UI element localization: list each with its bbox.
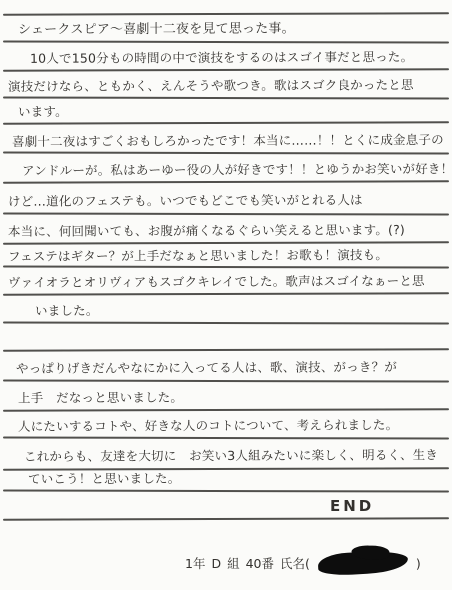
note-title: シェークスピア～喜劇十二夜を見て思った事。 [18,21,295,38]
ruled-line [3,436,449,439]
ruled-line [3,12,449,15]
note-line: ヴァイオラとオリヴィアもスゴクキレイでした。歌声はスゴイなぁーと思 [8,273,425,291]
ruled-line [3,121,449,124]
note-line: やっぱりげきだんやなにかに入ってる人は、歌、演技、がっき？が [16,359,397,377]
note-line: 10人で150分もの時間の中で演技をするのはスゴイ事だと思った。 [30,49,413,67]
ruled-line [3,348,449,351]
note-line: これからも、友達を大切に お笑い3人組みたいに楽しく、明るく、生き [24,447,438,465]
note-line: 演技だけなら、ともかく、えんそうや歌つき。歌はスゴク良かったと思 [8,77,414,95]
ruled-line [3,379,449,382]
note-line: 人にたいするコトや、好きな人のコトについて、考えられました。 [18,417,398,435]
note-line: います。 [18,104,68,120]
ruled-line [3,408,449,411]
ruled-line [3,40,449,43]
ruled-line [3,96,449,99]
ruled-line [3,321,449,324]
note-line: アンドルーが。私はあーゆー役の人が好きです！！とゆうかお笑いが好き！ [22,161,452,179]
note-line: いました。 [35,303,99,319]
note-line: ていこう！と思いました。 [28,471,180,488]
handwritten-note-paper: シェークスピア～喜劇十二夜を見て思った事。 10人で150分もの時間の中で演技を… [0,0,452,590]
footer-class-value: D [211,556,221,571]
ruled-line [3,241,449,244]
ruled-line [3,180,449,183]
note-line: けど…道化のフェステも。いつでもどこでも笑いがとれる人は [8,192,363,210]
note-line: 本当に、何回聞いても、お腹が痛くなるぐらい笑えると思います。(?) [8,222,405,240]
footer-name-label: 氏名( [280,554,310,572]
footer-class-label: 組 [227,554,240,572]
end-marker: END [330,498,374,514]
ruled-line [3,292,449,295]
ruled-line [3,517,449,520]
footer-paren-close: ) [416,556,421,571]
footer-number: 40番 [246,554,274,572]
ruled-line [3,151,449,154]
ruled-line [3,212,449,215]
note-line: 喜劇十二夜はすごくおもしろかったです！本当に……！！とくに成金息子の [12,132,444,150]
name-redaction-mark [317,550,408,577]
ruled-line [3,68,449,71]
ruled-line [3,489,449,492]
ruled-line [3,265,449,268]
note-line: 上手 だなっと思いました。 [18,390,183,407]
footer-year: 1年 [185,554,205,572]
note-line: フェステはギター？が上手だなぁと思いました！お歌も！演技も。 [8,247,388,265]
footer-identity-line: 1年 D 組 40番 氏名( ) [185,552,421,574]
